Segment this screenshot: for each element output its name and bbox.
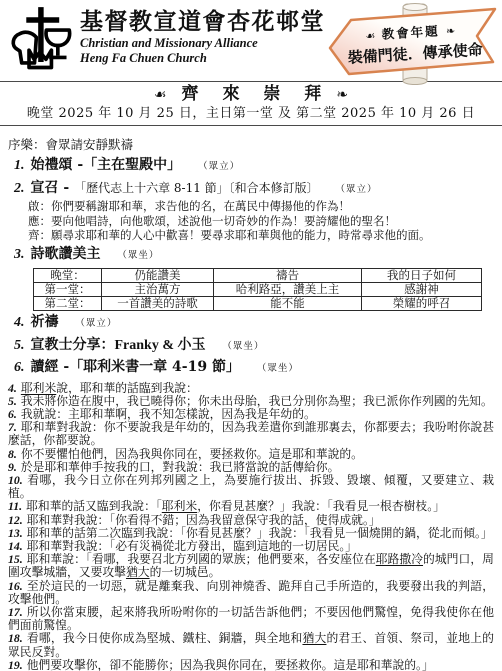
church-name-en-1: Christian and Missionary Alliance	[80, 36, 325, 51]
item-number: 3.	[14, 247, 25, 262]
item-number: 6.	[14, 360, 25, 375]
order-item-1: 1.始禮頌 -「主在聖殿中」 （眾立）	[8, 156, 494, 177]
order-item-3: 3.詩歌讚美主 （眾坐）	[8, 245, 494, 266]
call-line-response: 應：要向他唱詩，向他歌頌，述說他一切奇妙的作為！要誇耀他的聖名！	[28, 214, 494, 229]
flourish-left-icon: ☙	[154, 87, 167, 103]
hymn-cell: 仍能讚美	[102, 269, 214, 283]
hymn-row-evening: 晚堂： 仍能讚美 禱告 我的日子如何	[34, 269, 482, 283]
verse: 17.所以你當束腰，起來將我所吩咐你的一切話告訴他們；不要因他們驚惶，免得我使你…	[8, 606, 494, 632]
verse: 10.看哪，我今日立你在列邦列國之上，為要施行拔出、拆毀、毀壞、傾覆，又要建立、…	[8, 474, 494, 500]
service-title: ☙ 齊 來 崇 拜 ❧	[0, 84, 502, 105]
verse: 18.看哪，我今日使你成為堅城、鐵柱、銅牆，與全地和猶大的君王、首領、祭司，並地…	[8, 632, 494, 658]
verse: 19.他們要攻擊你，卻不能勝你；因為我與你同在，要拯救你。這是耶和華說的。」	[8, 659, 494, 671]
posture-note: （眾坐）	[257, 363, 299, 374]
service-title-block: ☙ 齊 來 崇 拜 ❧ 晚堂 2025 年 10 月 25 日，主日第一堂 及 …	[0, 82, 502, 126]
hymn-row-second-service: 第二堂： 一首讚美的詩歌 能不能 榮耀的呼召	[34, 297, 482, 311]
year-theme-banner: ☙ 教會年題 ❧ 裝備門徒．傳承使命	[327, 2, 499, 86]
year-theme-text: ☙ 教會年題 ❧ 裝備門徒．傳承使命	[346, 19, 476, 68]
item-title: 詩歌讚美主	[31, 246, 101, 262]
posture-note: （眾立）	[198, 161, 240, 172]
scripture-reference: 「歷代志上十六章 8-11 節」〔和合本修訂版〕	[74, 181, 319, 195]
order-item-6: 6.讀經 -「耶利米書一章 4-19 節」 （眾坐）	[8, 358, 494, 379]
prelude-line: 序樂：會眾請安靜默禱	[8, 137, 494, 153]
hymn-cell: 我的日子如何	[362, 269, 482, 283]
dash: -	[63, 180, 69, 196]
hymn-cell: 感謝神	[362, 283, 482, 297]
hymn-title: 「主在聖殿中」	[83, 157, 181, 173]
hymn-cell: 榮耀的呼召	[362, 297, 482, 311]
hymn-row-label: 第二堂：	[34, 297, 102, 311]
cma-church-logo-icon	[8, 6, 72, 76]
verse: 16.至於這民的一切惡，就是離棄我、向別神燒香、跪拜自己手所造的，我要發出我的判…	[8, 580, 494, 606]
church-name-en-2: Heng Fa Chuen Church	[80, 51, 325, 66]
chalice-icon	[46, 30, 70, 46]
hymn-cell: 一首讚美的詩歌	[102, 297, 214, 311]
order-item-5: 5.宣教士分享：Franky & 小玉 （眾坐）	[8, 336, 494, 357]
church-names: 基督教宣道會杏花邨堂 Christian and Missionary Alli…	[80, 8, 325, 66]
year-theme-label-text: 教會年題	[381, 23, 440, 42]
hymns-table-body: 晚堂： 仍能讚美 禱告 我的日子如何 第一堂： 主治萬方 哈利路亞，讚美上主 感…	[34, 269, 482, 311]
verse: 7.耶和華對我說：你不要說我是年幼的，因為我差遣你到誰那裏去，你都要去；我吩咐你…	[8, 421, 494, 447]
call-line-unison: 齊：願尋求耶和華的人心中歡喜！要尋求耶和華與他的能力，時常尋求他的面。	[28, 228, 494, 243]
item-number: 5.	[14, 338, 25, 353]
posture-note: （眾坐）	[117, 250, 159, 261]
call-line-leader: 啟：你們要稱謝耶和華，求告他的名，在萬民中傳揚他的作為！	[28, 199, 494, 214]
scripture-passage: 4.耶利米說，耶和華的話臨到我說： 5.我未將你造在腹中，我已曉得你；你未出母胎…	[8, 382, 494, 671]
order-of-service: 序樂：會眾請安靜默禱 1.始禮頌 -「主在聖殿中」 （眾立） 2.宣召 - 「歷…	[0, 126, 502, 671]
flourish-right-icon: ❧	[446, 24, 456, 38]
hymn-row-first-service: 第一堂： 主治萬方 哈利路亞，讚美上主 感謝神	[34, 283, 482, 297]
item-title: 始禮頌	[31, 157, 73, 173]
item-number: 4.	[14, 315, 25, 330]
hymn-cell: 主治萬方	[102, 283, 214, 297]
bulletin-header: 基督教宣道會杏花邨堂 Christian and Missionary Alli…	[0, 0, 502, 82]
scripture-reference: 「耶利米書一章 4-19 節」	[69, 359, 240, 375]
hymn-cell: 能不能	[214, 297, 362, 311]
flourish-left-icon: ☙	[365, 29, 376, 43]
posture-note: （眾立）	[336, 184, 378, 195]
item-title: 讀經	[31, 359, 59, 375]
hymn-row-label: 第一堂：	[34, 283, 102, 297]
item-number: 2.	[14, 181, 25, 196]
verse: 15.耶和華說：「看哪，我要召北方列國的眾族；他們要來，各安座位在耶路撒冷的城門…	[8, 553, 494, 579]
hymn-row-label: 晚堂：	[34, 269, 102, 283]
order-item-2: 2.宣召 - 「歷代志上十六章 8-11 節」〔和合本修訂版〕 （眾立）	[8, 179, 494, 200]
hymn-cell: 哈利路亞，讚美上主	[214, 283, 362, 297]
hymns-table: 晚堂： 仍能讚美 禱告 我的日子如何 第一堂： 主治萬方 哈利路亞，讚美上主 感…	[33, 268, 482, 311]
hymn-cell: 禱告	[214, 269, 362, 283]
item-number: 1.	[14, 158, 25, 173]
item-title: 宣教士分享：	[31, 337, 115, 353]
item-title: 宣召	[31, 180, 59, 196]
order-item-4: 4.祈禱 （眾立）	[8, 313, 494, 334]
church-name-zh: 基督教宣道會杏花邨堂	[80, 8, 325, 36]
flourish-right-icon: ❧	[336, 87, 348, 103]
missionary-names: Franky & 小玉	[115, 338, 206, 353]
posture-note: （眾坐）	[222, 341, 264, 352]
posture-note: （眾立）	[75, 318, 117, 329]
service-date-line: 晚堂 2025 年 10 月 25 日，主日第一堂 及 第二堂 2025 年 1…	[0, 106, 502, 122]
service-title-text: 齊 來 崇 拜	[182, 84, 331, 104]
item-title: 祈禱	[31, 314, 59, 330]
